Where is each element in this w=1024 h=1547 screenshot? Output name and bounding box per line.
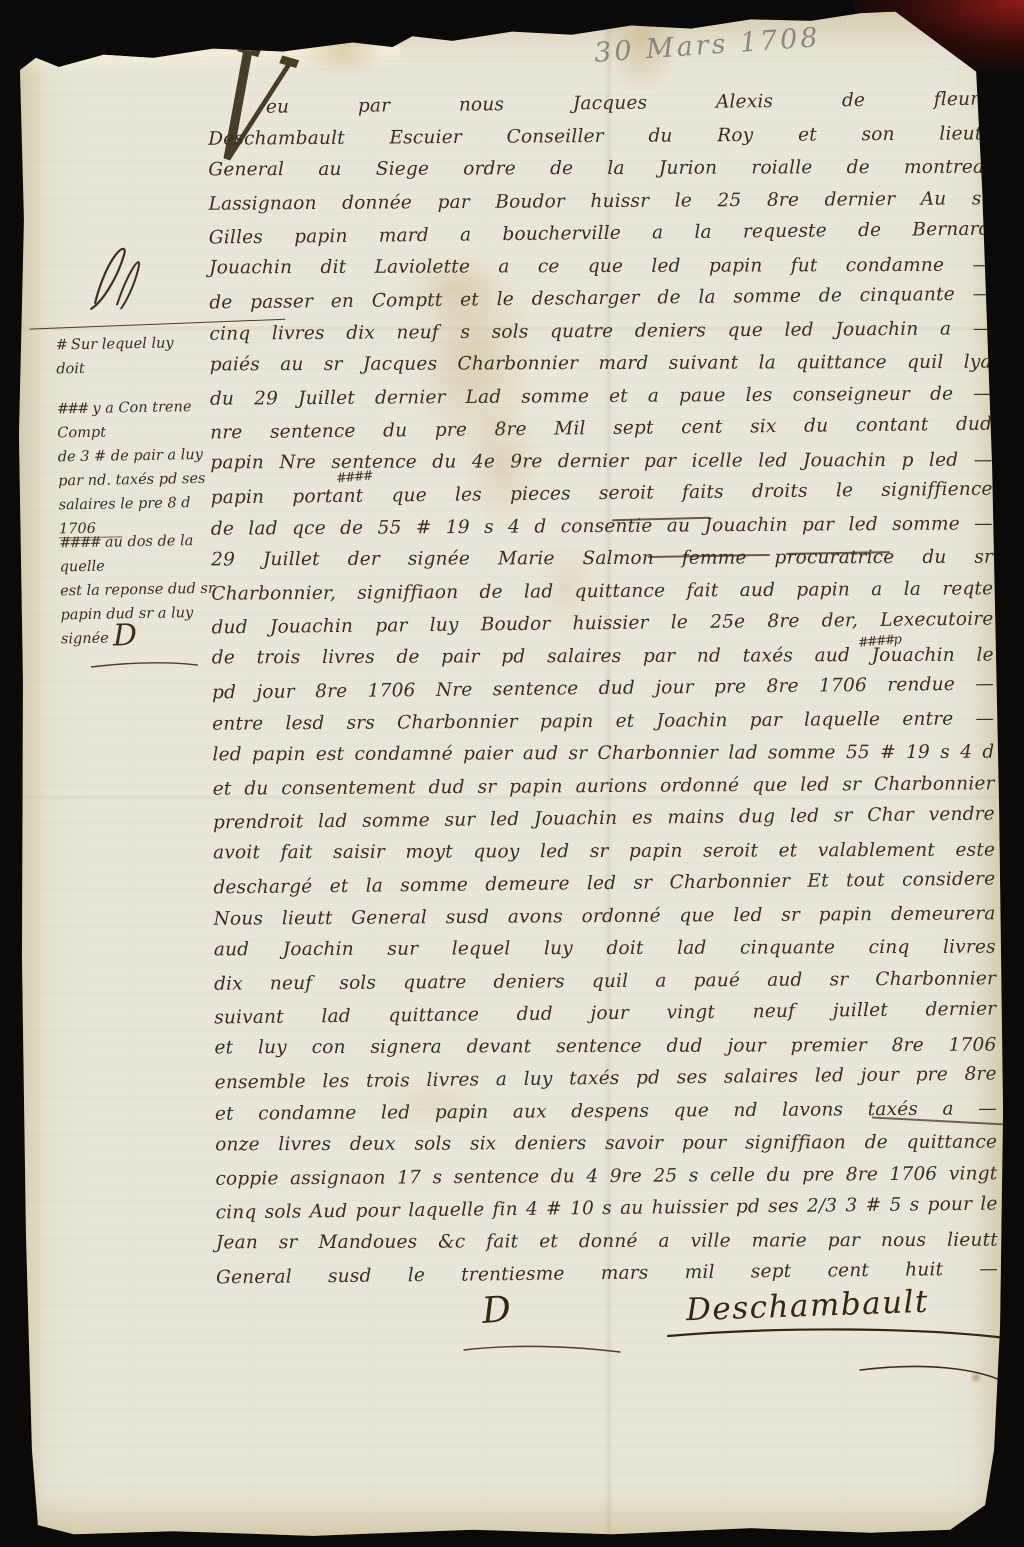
margin-paraph-mark — [82, 236, 153, 315]
margin-note-line: salaires le pre 8 d — [58, 490, 226, 517]
margin-note-sur-lequel: #Sur lequel luy doit — [56, 331, 175, 381]
manuscript-line: led papin est condamné paier aud sr Char… — [212, 737, 994, 772]
center-paraph: D — [481, 1289, 513, 1332]
pencil-date-annotation: 30 Mars 1708 — [593, 22, 821, 69]
photo-background: 30 Mars 1708 V eu par nous Jacques Alexi… — [0, 0, 1024, 1547]
manuscript-page: 30 Mars 1708 V eu par nous Jacques Alexi… — [14, 4, 1010, 1542]
margin-note-line: signée — [61, 624, 229, 651]
margin-note-line: doit — [56, 355, 174, 381]
margin-paraph-underline — [89, 659, 199, 671]
signature-deschambault: Deschambault — [685, 1284, 929, 1328]
manuscript-line: onze livres deux sols six deniers savoir… — [215, 1127, 997, 1162]
interlinear-renvoi-mark: #### — [335, 468, 372, 486]
renvoi-marker: #### — [59, 535, 100, 552]
margin-note-taxe: ###y a Con trene Compt de 3 # de pair a … — [57, 395, 227, 542]
manuscript-line: General au Siege ordre de la Jurion roia… — [208, 152, 990, 187]
renvoi-marker: # — [56, 337, 66, 353]
margin-note-line: Sur lequel luy — [71, 335, 174, 353]
margin-note-au-dos: ####au dos de la quelle est la reponse d… — [59, 528, 229, 651]
manuscript-line: 29 Juillet der signée Marie Salmon femme… — [211, 542, 993, 577]
margin-paraph-d: D — [113, 624, 137, 648]
renvoi-marker: ### — [57, 401, 88, 418]
manuscript-line: paiés au sr Jacques Charbonnier mard sui… — [210, 347, 992, 382]
margin-note-line: est la reponse dud sr — [60, 576, 228, 603]
center-paraph-underline — [462, 1342, 622, 1356]
margin-note-line: papin dud sr a luy — [60, 600, 228, 627]
margin-note-line: de 3 # de pair a luy — [58, 443, 226, 470]
margin-notes: #Sur lequel luy doit ###y a Con trene Co… — [54, 239, 222, 242]
signature-flourish — [664, 1322, 1010, 1402]
manuscript-line: aud Joachin sur lequel luy doit lad cinq… — [214, 932, 996, 967]
margin-note-line: par nd. taxés pd ses — [58, 466, 226, 493]
document-body: eu par nous Jacques Alexis de fleury Des… — [208, 85, 998, 1293]
